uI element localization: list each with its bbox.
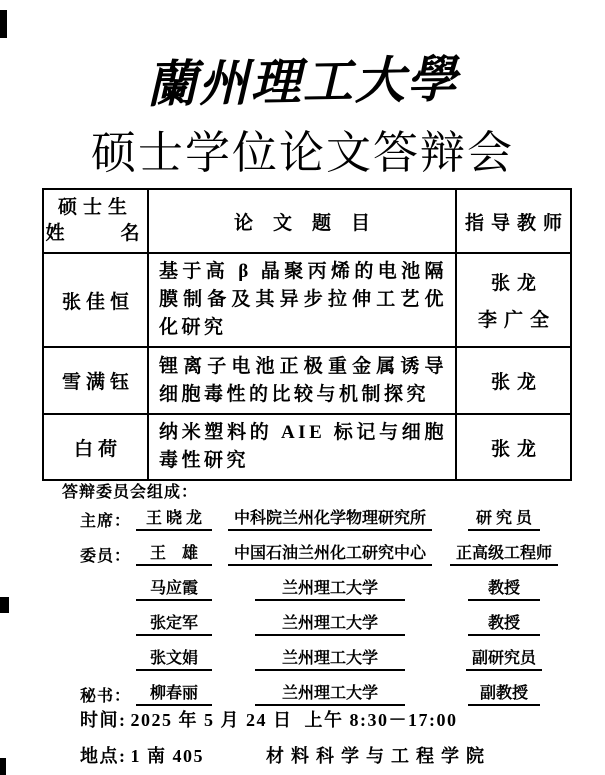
member-name: 马应霞 [136,575,212,601]
member-name: 张定军 [136,610,212,636]
page-title: 硕士学位论文答辩会 [0,116,605,181]
university-logo-calligraphy: 蘭州理工大學 [0,37,605,120]
time-line: 时间:2025 年 5 月 24 日 上午 8:30－17:00 [80,706,458,732]
committee-heading: 答辩委员会组成： [62,479,198,502]
committee-member-row: 张定军 兰州理工大学 教授 [80,612,580,636]
member-name: 王 雄 [136,540,212,566]
header-student-line2: 姓 名 [44,221,147,247]
thesis-title: 纳米塑料的 AIE 标记与细胞毒性研究 [148,414,456,480]
advisor-cell: 张龙 [456,414,571,480]
member-institution: 中国石油兰州化工研究中心 [228,540,432,566]
scan-artifact [0,758,6,775]
member-title: 副教授 [468,680,540,706]
member-role: 主席： [80,508,136,531]
scan-artifact [0,597,9,613]
location-value: 1 南 405 [131,742,205,768]
location-label: 地点: [80,742,127,768]
committee-member-row: 委员： 王 雄 中国石油兰州化工研究中心 正高级工程师 [80,542,580,566]
member-institution: 兰州理工大学 [255,645,405,671]
committee-member-row: 主席： 王 晓 龙 中科院兰州化学物理研究所 研 究 员 [80,507,580,531]
time-value: 2025 年 5 月 24 日 上午 8:30－17:00 [131,710,458,730]
student-name: 白荷 [43,414,148,480]
header-advisor: 指导教师 [456,189,571,253]
time-label: 时间: [80,710,127,730]
scan-artifact [0,10,7,38]
advisor-name: 张龙 [457,367,570,394]
committee-member-row: 张文娟 兰州理工大学 副研究员 [80,647,580,671]
member-role: 委员： [80,543,136,566]
thesis-title: 基于高 β 晶聚丙烯的电池隔膜制备及其异步拉伸工艺优化研究 [148,253,456,347]
advisor-name: 李广全 [457,305,570,332]
member-name: 王 晓 龙 [136,505,212,531]
member-role: 秘书： [80,683,136,706]
department-name: 材料科学与工程学院 [266,742,491,768]
member-title: 研 究 员 [468,505,540,531]
advisor-cell: 张龙 李广全 [456,253,571,347]
location-line: 地点:1 南 405 材料科学与工程学院 [80,742,491,768]
student-name: 张佳恒 [43,253,148,347]
header-student-name: 硕士生 姓 名 [43,189,148,253]
member-title: 教授 [468,610,540,636]
member-title: 教授 [468,575,540,601]
advisor-name: 张龙 [457,434,570,461]
member-name: 张文娟 [136,645,212,671]
member-institution: 中科院兰州化学物理研究所 [228,505,432,531]
member-institution: 兰州理工大学 [255,680,405,706]
table-row: 张佳恒 基于高 β 晶聚丙烯的电池隔膜制备及其异步拉伸工艺优化研究 张龙 李广全 [43,253,571,347]
student-name: 雪满钰 [43,347,148,414]
table-row: 白荷 纳米塑料的 AIE 标记与细胞毒性研究 张龙 [43,414,571,480]
member-institution: 兰州理工大学 [255,610,405,636]
thesis-title: 锂离子电池正极重金属诱导细胞毒性的比较与机制探究 [148,347,456,414]
member-institution: 兰州理工大学 [255,575,405,601]
committee-member-row: 马应霞 兰州理工大学 教授 [80,577,580,601]
advisor-cell: 张龙 [456,347,571,414]
table-header-row: 硕士生 姓 名 论文题目 指导教师 [43,189,571,253]
defense-table: 硕士生 姓 名 论文题目 指导教师 张佳恒 基于高 β 晶聚丙烯的电池隔膜制备及… [42,188,572,481]
committee-list: 主席： 王 晓 龙 中科院兰州化学物理研究所 研 究 员 委员： 王 雄 中国石… [80,507,580,717]
advisor-name: 张龙 [457,268,570,295]
member-name: 柳春丽 [136,680,212,706]
committee-member-row: 秘书： 柳春丽 兰州理工大学 副教授 [80,682,580,706]
table-row: 雪满钰 锂离子电池正极重金属诱导细胞毒性的比较与机制探究 张龙 [43,347,571,414]
header-student-line1: 硕士生 [44,195,147,221]
member-title: 正高级工程师 [450,540,558,566]
header-thesis-title: 论文题目 [148,189,456,253]
member-title: 副研究员 [466,645,542,671]
document-page: 蘭州理工大學 硕士学位论文答辩会 硕士生 姓 名 论文题目 指导教师 张佳恒 基… [0,0,605,775]
